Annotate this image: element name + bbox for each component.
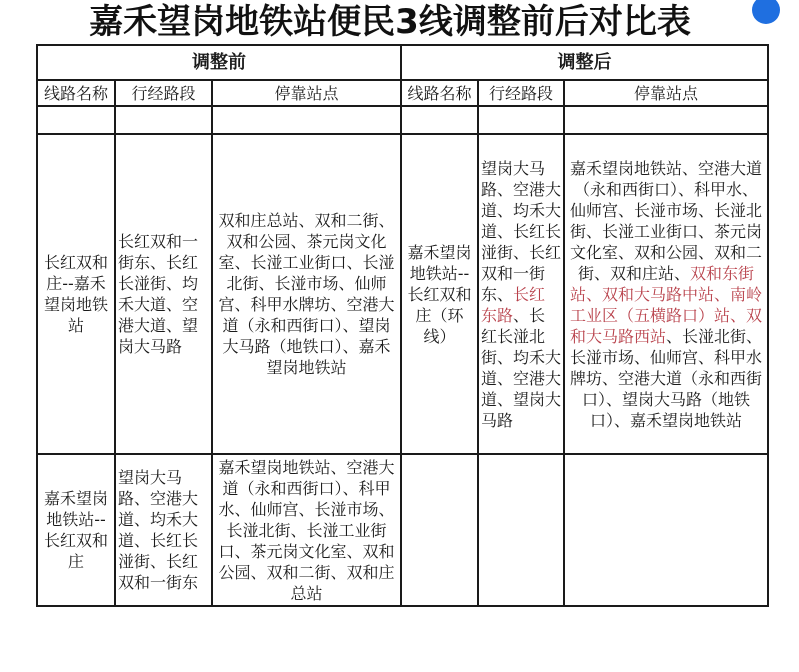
stops-cell: 双和庄总站、双和二街、双和公园、茶元岗文化室、长湴工业街口、长湴北街、长湴市场、… bbox=[212, 134, 401, 454]
comparison-table: 调整前 调整后 线路名称 行经路段 停靠站点 线路名称 行经路段 停靠站点 长红… bbox=[36, 44, 769, 607]
col-header-stops: 停靠站点 bbox=[564, 80, 768, 106]
table-row: 嘉禾望岗地铁站--长红双和庄 望岗大马路、空港大道、均禾大道、长红长湴街、长红双… bbox=[37, 454, 768, 606]
col-header-route-segment: 行经路段 bbox=[478, 80, 564, 106]
empty-row bbox=[37, 106, 768, 134]
route-segment-cell bbox=[478, 454, 564, 606]
route-segment-cell: 长红双和一街东、长红长湴街、均禾大道、空港大道、望岗大马路 bbox=[115, 134, 212, 454]
col-header-route-name: 线路名称 bbox=[37, 80, 115, 106]
col-header-route-name: 线路名称 bbox=[401, 80, 478, 106]
col-header-stops: 停靠站点 bbox=[212, 80, 401, 106]
col-header-route-segment: 行经路段 bbox=[115, 80, 212, 106]
group-header-row: 调整前 调整后 bbox=[37, 45, 768, 80]
route-name-cell bbox=[401, 454, 478, 606]
group-header-after: 调整后 bbox=[401, 45, 768, 80]
route-name-cell: 长红双和庄--嘉禾望岗地铁站 bbox=[37, 134, 115, 454]
stops-cell: 嘉禾望岗地铁站、空港大道（永和西街口）、科甲水、仙师宫、长湴市场、长湴北街、长湴… bbox=[564, 134, 768, 454]
route-name-cell: 嘉禾望岗地铁站--长红双和庄 bbox=[37, 454, 115, 606]
stops-cell: 嘉禾望岗地铁站、空港大道（永和西街口）、科甲水、仙师宫、长湴市场、长湴北街、长湴… bbox=[212, 454, 401, 606]
page-title: 嘉禾望岗地铁站便民3线调整前后对比表 bbox=[0, 0, 780, 44]
table-row: 长红双和庄--嘉禾望岗地铁站 长红双和一街东、长红长湴街、均禾大道、空港大道、望… bbox=[37, 134, 768, 454]
route-segment-cell: 望岗大马路、空港大道、均禾大道、长红长湴街、长红双和一街东、长红东路、长红长湴北… bbox=[478, 134, 564, 454]
column-header-row: 线路名称 行经路段 停靠站点 线路名称 行经路段 停靠站点 bbox=[37, 80, 768, 106]
group-header-before: 调整前 bbox=[37, 45, 401, 80]
segment-text: 望岗大马路、空港大道、均禾大道、长红长湴街、长红双和一街东、 bbox=[481, 159, 561, 304]
route-name-cell: 嘉禾望岗地铁站--长红双和庄（环线） bbox=[401, 134, 478, 454]
route-segment-cell: 望岗大马路、空港大道、均禾大道、长红长湴街、长红双和一街东 bbox=[115, 454, 212, 606]
stops-cell bbox=[564, 454, 768, 606]
